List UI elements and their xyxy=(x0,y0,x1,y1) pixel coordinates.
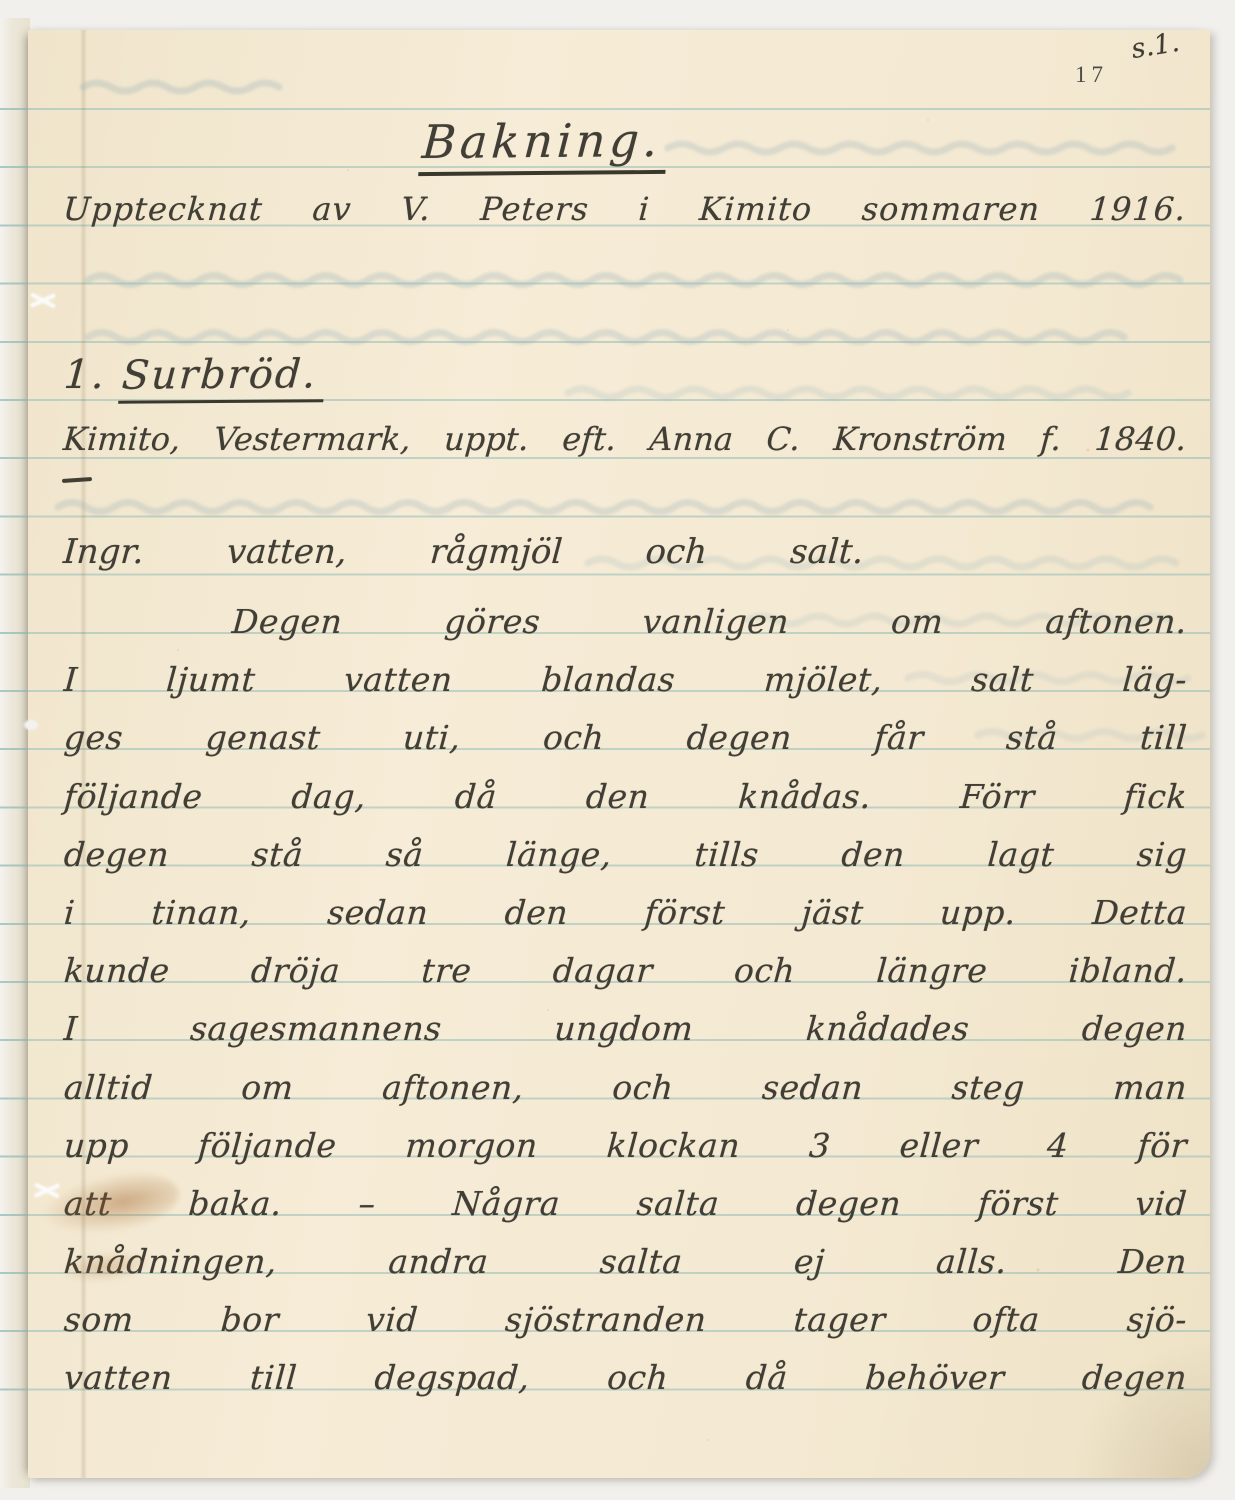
handwritten-line: degen stå så länge, tills den lagt sig xyxy=(62,826,1189,884)
handwritten-line: kunde dröja tre dagar och längre ibland. xyxy=(62,942,1189,1000)
page-sheet: 17 s.1. Bakning. Upptecknat av V. Peters… xyxy=(28,30,1210,1478)
scanned-notebook-page: 17 s.1. Bakning. Upptecknat av V. Peters… xyxy=(0,0,1235,1500)
handwritten-line: alltid om aftonen, och sedan steg man xyxy=(62,1059,1189,1117)
paper-nick xyxy=(24,720,38,730)
handwritten-line: ges genast uti, och degen får stå till xyxy=(62,709,1189,767)
subtitle: Upptecknat av V. Peters i Kimito sommare… xyxy=(62,190,1188,228)
binding-thread xyxy=(30,292,56,308)
handwritten-line: knådningen, andra salta ej alls. Den xyxy=(62,1233,1189,1291)
section-title: Surbröd. xyxy=(118,351,327,403)
binding-thread xyxy=(34,1182,60,1198)
handwritten-line: upp följande morgon klockan 3 eller 4 fö… xyxy=(62,1117,1189,1175)
ingredients-line: Ingr. vatten, rågmjöl och salt. xyxy=(62,532,865,572)
handwritten-line: att baka. – Några salta degen först vid xyxy=(62,1175,1189,1233)
section-heading: 1.Surbröd. xyxy=(62,352,327,403)
handwritten-line: Degen göres vanligen om aftonen. xyxy=(62,593,1189,651)
handwritten-line: följande dag, då den knådas. Förr fick xyxy=(62,768,1189,826)
section-number: 1. xyxy=(62,352,107,398)
page-number-printed: 17 xyxy=(1075,62,1108,88)
handwritten-line: vatten till degspad, och då behöver dege… xyxy=(62,1349,1189,1407)
source-line: Kimito, Vestermark, uppt. eft. Anna C. K… xyxy=(62,420,1188,458)
handwritten-line: I sagesmannens ungdom knådades degen xyxy=(62,1000,1189,1058)
body-lines: Degen göres vanligen om aftonen.I ljumt … xyxy=(62,593,1185,1408)
handwritten-line: i tinan, sedan den först jäst upp. Detta xyxy=(62,884,1189,942)
handwritten-line: som bor vid sjöstranden tager ofta sjö- xyxy=(62,1291,1189,1349)
handwritten-line: I ljumt vatten blandas mjölet, salt läg- xyxy=(62,651,1189,709)
page-title-text: Bakning. xyxy=(418,113,669,176)
bleedthrough-line xyxy=(83,83,279,91)
page-title: Bakning. xyxy=(418,114,669,175)
page-number-handwritten: s.1. xyxy=(1129,27,1181,65)
